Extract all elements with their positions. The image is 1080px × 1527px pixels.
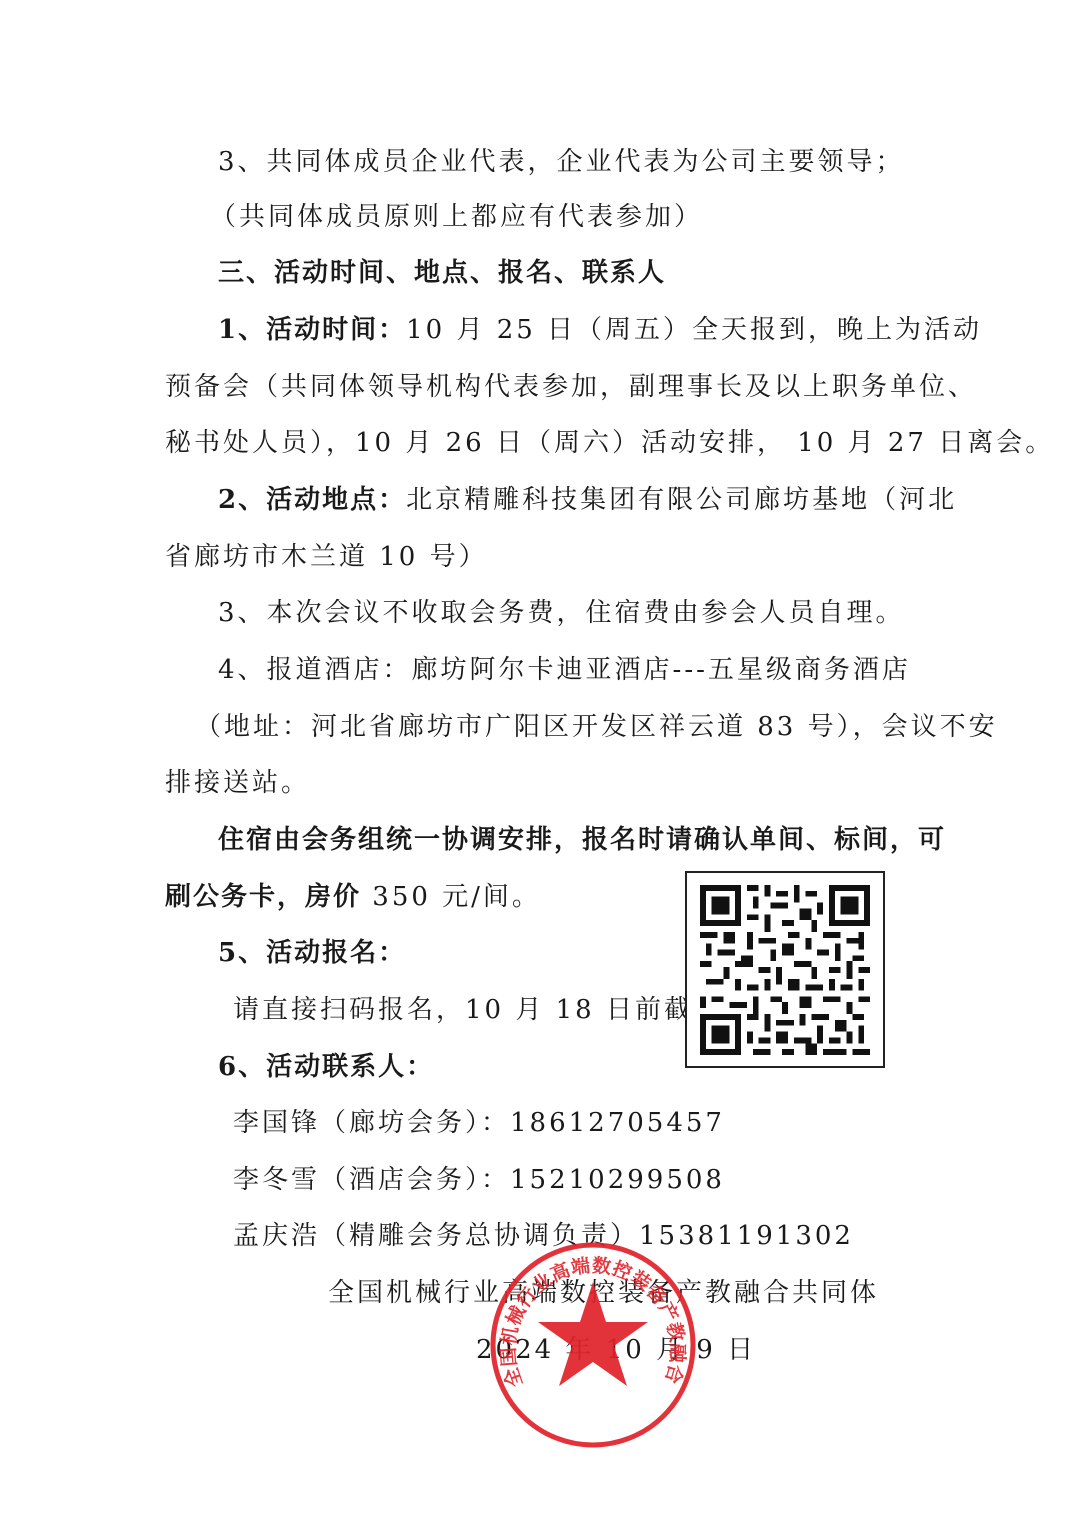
lodging-line1: 住宿由会务组统一协调安排，报名时请确认单间、标间，可 — [218, 823, 946, 857]
fee-note: 3、本次会议不收取会务费，住宿费由参会人员自理。 — [218, 596, 905, 630]
item3-note: （共同体成员原则上都应有代表参加） — [210, 200, 703, 234]
activity-location-label: 2、活动地点： — [218, 485, 406, 515]
lodging-price: 350 元/间。 — [361, 882, 541, 912]
activity-time-label: 1、活动时间： — [218, 315, 406, 345]
svg-text:全国机械行业高端数控装备产教融合共同体: 全国机械行业高端数控装备产教融合共同体 — [488, 1240, 689, 1390]
hotel-line3: 排接送站。 — [165, 766, 310, 800]
registration-text: 请直接扫码报名，10 月 18 日前截止。 — [233, 993, 751, 1027]
hotel-line2: （地址：河北省廊坊市广阳区开发区祥云道 83 号），会议不安 — [195, 710, 998, 744]
activity-time-line2: 预备会（共同体领导机构代表参加，副理事长及以上职务单位、 — [165, 370, 977, 404]
qr-code-icon — [699, 885, 871, 1055]
registration-label: 5、活动报名： — [218, 936, 406, 970]
activity-time-line3: 秘书处人员），10 月 26 日（周六）活动安排， 10 月 27 日离会。 — [165, 426, 1054, 460]
contact-item-3: 孟庆浩（精雕会务总协调负责）15381191302 — [233, 1219, 854, 1253]
document-page: 3、共同体成员企业代表，企业代表为公司主要领导； （共同体成员原则上都应有代表参… — [0, 0, 1080, 1527]
signature-organization: 全国机械行业高端数控装备产教融合共同体 — [328, 1276, 879, 1310]
contact-item-1: 李国锋（廊坊会务）：18612705457 — [233, 1106, 725, 1140]
lodging-line2-bold: 刷公务卡，房价 — [165, 882, 361, 912]
signature-date: 2024 年 10 月 9 日 — [476, 1333, 756, 1367]
contacts-label: 6、活动联系人： — [218, 1050, 434, 1084]
activity-location-line2: 省廊坊市木兰道 10 号） — [165, 540, 488, 574]
registration-qr-code[interactable] — [685, 871, 885, 1068]
activity-location-text: 北京精雕科技集团有限公司廊坊基地（河北 — [406, 485, 957, 515]
lodging-line2: 刷公务卡，房价 350 元/间。 — [165, 880, 541, 914]
activity-time-line1: 1、活动时间：10 月 25 日（周五）全天报到，晚上为活动 — [218, 313, 982, 347]
seal-text: 全国机械行业高端数控装备产教融合共同体 — [488, 1240, 689, 1390]
item3-members: 3、共同体成员企业代表，企业代表为公司主要领导； — [218, 145, 905, 179]
activity-location-line1: 2、活动地点：北京精雕科技集团有限公司廊坊基地（河北 — [218, 483, 957, 517]
section3-heading: 三、活动时间、地点、报名、联系人 — [218, 256, 666, 290]
activity-time-text: 10 月 25 日（周五）全天报到，晚上为活动 — [406, 315, 982, 345]
hotel-line1: 4、报道酒店：廊坊阿尔卡迪亚酒店---五星级商务酒店 — [218, 653, 911, 687]
contact-item-2: 李冬雪（酒店会务）：15210299508 — [233, 1163, 725, 1197]
